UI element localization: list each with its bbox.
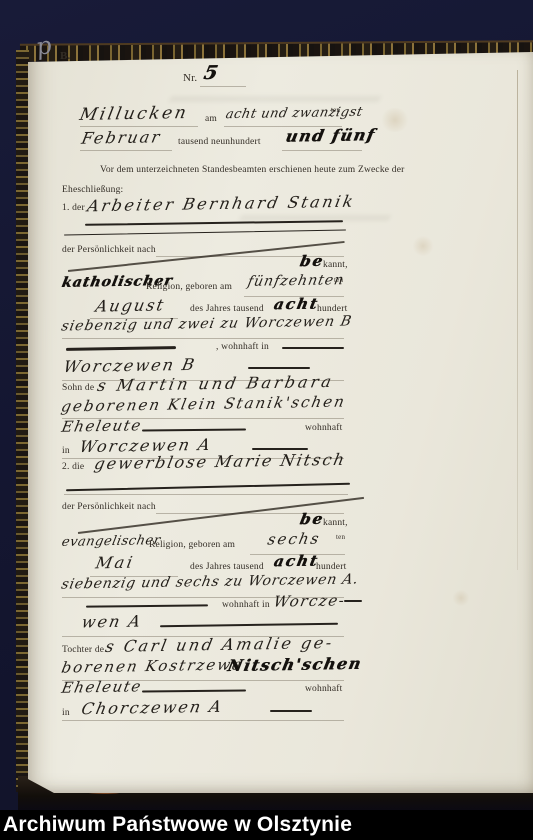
groom-year-handwritten: acht xyxy=(272,295,320,314)
nr-label: Nr. xyxy=(183,72,197,84)
groom-birthmonth-handwritten: August xyxy=(94,295,167,315)
groom-eheleute-handwritten: Eheleute xyxy=(60,416,144,435)
page-letter: B. xyxy=(60,50,71,62)
bride-birthday-handwritten: sechs xyxy=(266,530,322,549)
archival-scan-viewport: p B. Nr. 5 Millucken am acht und zwanzig… xyxy=(0,0,533,840)
printed-ten-suffix: ten xyxy=(331,106,340,114)
ink-stroke xyxy=(248,367,310,369)
printed-ten-suffix: ten xyxy=(334,276,343,284)
bride-eheleute-handwritten: Eheleute xyxy=(60,677,144,696)
groom-year-print2: hundert xyxy=(317,304,347,314)
groom-in-print: in xyxy=(62,446,70,456)
groom-known-print: kannt, xyxy=(323,260,348,270)
book-fore-edge xyxy=(16,50,29,792)
ink-stroke xyxy=(344,600,362,602)
bride-residence2-handwritten: wen A xyxy=(80,611,144,631)
bride-religion-handwritten: evangelischer xyxy=(60,533,162,550)
ruled-line xyxy=(62,338,344,339)
ink-stroke xyxy=(282,347,344,349)
bride-known-handwritten: be xyxy=(298,510,326,528)
archive-caption-bar: Archiwum Państwowe w Olsztynie xyxy=(0,810,533,840)
archive-caption-text: Archiwum Państwowe w Olsztynie xyxy=(3,813,352,837)
bride-parents-residence-handwritten: Chorczewen A xyxy=(80,697,225,718)
bride-year-print2: hundert xyxy=(316,562,346,572)
bride-parents-surname-handwritten: Nitsch'schen xyxy=(226,654,364,675)
ruled-line xyxy=(80,150,172,151)
month-handwritten: Februar xyxy=(80,127,163,147)
ruled-line xyxy=(62,720,344,721)
ruled-line xyxy=(282,150,362,151)
bride-index: 2. die xyxy=(62,462,84,472)
bride-wohnhaft-in-print: wohnhaft in xyxy=(222,600,270,610)
bride-daughter-print: Tochter de xyxy=(62,645,104,655)
groom-wohnhaft-print: wohnhaft xyxy=(305,423,342,433)
groom-index: 1. der xyxy=(62,203,85,213)
ruled-line xyxy=(200,86,246,87)
place-handwritten: Millucken xyxy=(78,103,190,125)
day-handwritten: acht und zwanzigst xyxy=(224,105,364,122)
groom-known-handwritten: be xyxy=(298,252,326,270)
groom-wohnhaft-in-print: , wohnhaft in xyxy=(216,342,269,352)
groom-year-print1: des Jahres tausend xyxy=(190,304,264,314)
bride-known-print: kannt, xyxy=(323,518,348,528)
year-handwritten: und fünf xyxy=(284,125,377,146)
intro-line2: Eheschließung: xyxy=(62,185,123,195)
ink-bleedthrough xyxy=(169,96,381,102)
bride-religion-print: Religion, geboren am xyxy=(149,540,235,550)
bride-year-handwritten: acht xyxy=(272,552,320,571)
ink-stroke xyxy=(270,710,312,712)
bride-parents-handwritten: s Carl und Amalie ge- xyxy=(104,633,336,656)
intro-line1: Vor dem unterzeichneten Standesbeamten e… xyxy=(100,165,405,175)
groom-residence-handwritten: Worczewen B xyxy=(62,355,198,376)
page-crease xyxy=(517,70,518,570)
bride-birthmonth-handwritten: Mai xyxy=(94,553,136,573)
bride-residence1-handwritten: Worcze- xyxy=(272,591,347,610)
groom-birthday-handwritten: fünfzehnten xyxy=(246,272,345,290)
bride-identity-label: der Persönlichkeit nach xyxy=(62,502,156,512)
groom-religion-print: Religion, geboren am xyxy=(146,282,232,292)
printed-tausend: tausend neunhundert xyxy=(178,137,261,147)
bride-wohnhaft-print: wohnhaft xyxy=(305,684,342,694)
printed-am: am xyxy=(205,114,217,124)
groom-son-print: Sohn de xyxy=(62,383,94,393)
bride-year-print1: des Jahres tausend xyxy=(190,562,264,572)
ruled-line xyxy=(64,494,348,495)
bride-in-print: in xyxy=(62,708,70,718)
bride-parents-line2-handwritten: borenen Kostrzewa xyxy=(60,655,245,676)
groom-identity-label: der Persönlichkeit nach xyxy=(62,245,156,255)
printed-ten-suffix: ten xyxy=(336,533,345,541)
